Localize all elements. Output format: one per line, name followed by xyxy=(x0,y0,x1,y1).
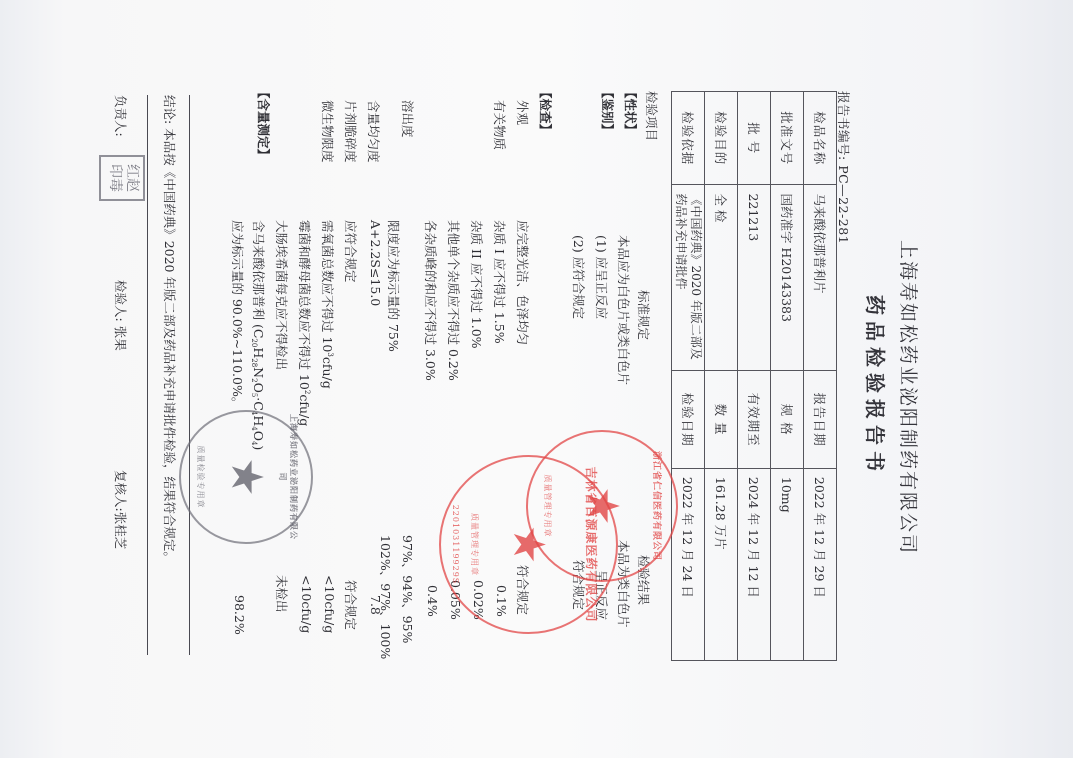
conclusion: 结论: 本品按《中国药典》2020 年版二部及药品补充申请批件检验，结果符合规定… xyxy=(161,95,179,564)
section-appearance: 【性状】 xyxy=(622,86,640,136)
standard-aerobic-text: 需氧菌总数应不得过 10 xyxy=(320,220,335,352)
standard-impurity-2: 杂质 II 应不得过 1.0% xyxy=(468,220,486,349)
label-basis: 检验依据 xyxy=(672,92,705,185)
table-row: 批准文号 国药准字 H20143383 规 格 10mg xyxy=(771,92,804,661)
unit: cfu/g xyxy=(320,357,335,389)
divider-top xyxy=(189,95,190,655)
inspector: 检验人: 张果 xyxy=(112,280,130,351)
result-ecoli: 未检出 xyxy=(273,575,291,613)
value-spec: 10mg xyxy=(771,468,804,660)
reviewer-name: 张桂芝 xyxy=(113,512,128,550)
label-expiry: 有效期至 xyxy=(738,371,771,469)
stamp-number: 220103119929S xyxy=(451,457,460,632)
value-quantity: 161.28 万片 xyxy=(705,468,738,660)
standard-friability: 应符合规定 xyxy=(342,220,360,283)
report-number-value: PC—22-281 xyxy=(836,165,851,244)
value-purpose: 全 检 xyxy=(705,185,738,371)
result-mold-yeast: <10cfu/g xyxy=(299,575,314,633)
standard-impurity-1: 杂质 I 应不得过 1.5% xyxy=(491,220,509,344)
element: H xyxy=(251,347,266,358)
header-standard: 标准规定 xyxy=(635,290,653,340)
conclusion-text: 本品按《中国药典》2020 年版二部及药品补充申请批件检验，结果符合规定。 xyxy=(162,128,177,564)
subscript: 20 xyxy=(250,338,258,347)
red-stamp-jilin: 吉林省百源康医药有限公司 ★ 220103119929S 质量管理专用章 xyxy=(439,455,618,634)
label-product-name: 检品名称 xyxy=(804,92,837,185)
company-name: 上海寿如松药业泌阳制药有限公司 xyxy=(896,240,923,555)
standard-ecoli: 大肠埃希菌每克应不得检出 xyxy=(273,220,291,370)
value-expiry: 2024 年 12 月 12 日 xyxy=(738,468,771,660)
value-product-name: 马来酸依那普利片 xyxy=(804,185,837,371)
table-row: 检验依据 《中国药典》2020 年版二部及药品补充申请批件 检验日期 2022 … xyxy=(672,92,705,661)
label-test-date: 检验日期 xyxy=(672,371,705,469)
inspector-name: 张果 xyxy=(113,326,128,351)
element: ·C xyxy=(251,397,266,411)
value-basis: 《中国药典》2020 年版二部及药品补充申请批件 xyxy=(672,185,705,371)
table-row: 批 号 221213 有效期至 2024 年 12 月 12 日 xyxy=(738,92,771,661)
value-approval-no: 国药准字 H20143383 xyxy=(771,185,804,371)
standard-content-uniformity: A+2.2S≤15.0 xyxy=(368,220,383,306)
grey-company-stamp: 上海寿如松药业泌阳制药有限公司 ★ 质量检验专用章 xyxy=(179,410,313,544)
result-dissolution-1: 97%、94%、95% xyxy=(399,535,417,643)
result-assay: 98.2% xyxy=(232,595,247,635)
value-report-date: 2022 年 12 月 29 日 xyxy=(804,468,837,660)
table-row: 检品名称 马来酸依那普利片 报告日期 2022 年 12 月 29 日 xyxy=(804,92,837,661)
unit: cfu/g xyxy=(297,394,312,426)
stamp-text: 浙江省仁信医药有限公司 xyxy=(651,432,664,580)
item-content-uniformity: 含量均匀度 xyxy=(365,100,383,163)
star-icon: ★ xyxy=(224,457,268,496)
conclusion-label: 结论: xyxy=(162,95,177,124)
subscript: 28 xyxy=(250,358,258,367)
section-inspection: 【检查】 xyxy=(537,86,555,136)
reviewer-label: 复核人: xyxy=(113,470,128,512)
report-number-label: 报告书编号: xyxy=(836,91,851,161)
assay-text: 含马来酸依那普利 (C xyxy=(251,220,266,338)
element: N xyxy=(251,367,266,378)
item-friability: 片剂脆碎度 xyxy=(342,100,360,163)
label-batch-no: 批 号 xyxy=(738,92,771,185)
value-batch-no: 221213 xyxy=(738,185,771,371)
standard-aerobic: 需氧菌总数应不得过 103cfu/g xyxy=(319,220,337,389)
result-content-uniformity: 7.8 xyxy=(368,595,383,615)
section-assay: 【含量测定】 xyxy=(255,86,273,161)
standard-visual: 应完整光洁、色泽均匀 xyxy=(514,220,532,345)
reviewer: 复核人:张桂芝 xyxy=(112,470,130,549)
responsible-label: 负责人: xyxy=(112,95,130,137)
standard-assay-2: 应为标示量的 90.0%~110.0%。 xyxy=(229,220,247,409)
item-dissolution: 溶出度 xyxy=(399,100,417,138)
report-title: 药品检验报告书 xyxy=(862,295,891,477)
section-identification: 【鉴别】 xyxy=(599,86,617,136)
report-number: 报告书编号: PC—22-281 xyxy=(835,91,853,244)
standard-mold-text: 霉菌和酵母菌总数应不得过 10 xyxy=(297,220,312,390)
label-quantity: 数 量 xyxy=(705,371,738,469)
item-microbial-limit: 微生物限度 xyxy=(319,100,337,163)
header-item: 检验项目 xyxy=(643,91,661,141)
result-aerobic: <10cfu/g xyxy=(322,575,337,633)
report-page: 上海寿如松药业泌阳制药有限公司 药品检验报告书 报告书编号: PC—22-281… xyxy=(0,0,1073,758)
star-icon: ★ xyxy=(507,525,551,564)
result-friability: 符合规定 xyxy=(342,580,360,630)
standard-mold-yeast: 霉菌和酵母菌总数应不得过 102cfu/g xyxy=(296,220,314,426)
result-impurity-total: 0.4% xyxy=(425,585,440,617)
element: O xyxy=(251,383,266,393)
divider-bottom xyxy=(147,95,148,655)
info-table: 检品名称 马来酸依那普利片 报告日期 2022 年 12 月 29 日 批准文号… xyxy=(671,91,837,661)
standard-identification-1: (1) 应呈正反应 xyxy=(593,235,611,319)
stamp-subtext: 质量检验专用章 xyxy=(195,412,206,542)
stamp-text: 上海寿如松药业泌阳制药有限公司 xyxy=(277,412,299,542)
standard-dissolution: 限度应为标示量的 75% xyxy=(385,220,403,352)
standard-identification-2: (2) 应符合规定 xyxy=(570,235,588,319)
inspector-label: 检验人: xyxy=(113,280,128,322)
stamp-subtext: 质量管理专用章 xyxy=(469,457,480,632)
label-report-date: 报告日期 xyxy=(804,371,837,469)
responsible-seal: 红赵印毒 xyxy=(99,155,145,201)
standard-impurity-total: 各杂质峰的和应不得过 3.0% xyxy=(422,220,440,381)
item-visual: 外观 xyxy=(514,100,532,125)
label-purpose: 检验目的 xyxy=(705,92,738,185)
standard-appearance: 本品应为白色片或类白色片 xyxy=(615,235,633,385)
label-spec: 规 格 xyxy=(771,371,804,469)
item-related-substances: 有关物质 xyxy=(491,100,509,150)
stamp-text: 吉林省百源康医药有限公司 xyxy=(583,457,600,632)
standard-impurity-other: 其他单个杂质应不得过 0.2% xyxy=(445,220,463,381)
table-row: 检验目的 全 检 数 量 161.28 万片 xyxy=(705,92,738,661)
label-approval-no: 批准文号 xyxy=(771,92,804,185)
